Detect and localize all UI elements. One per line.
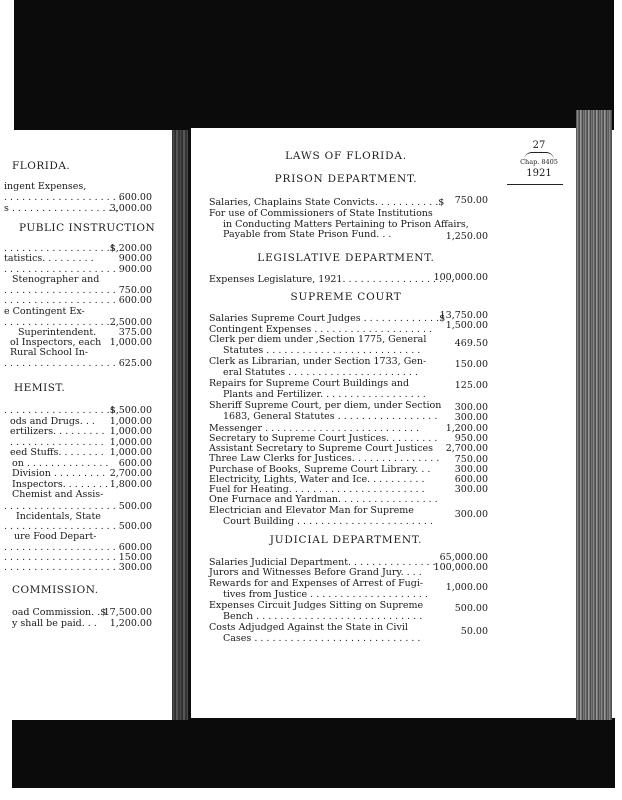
left-amount: 2,700.00: [110, 468, 152, 479]
line-item-text: Jurors and Witnesses Before Grand Jury. …: [209, 567, 422, 578]
left-line: Division . . . . . . . . .: [12, 468, 105, 479]
left-line: ure Food Depart-: [14, 531, 96, 542]
left-amount: 600.00: [119, 295, 152, 306]
left-line: . . . . . . . . . . . . . . . . . . .: [4, 358, 116, 369]
page-edge-stack: [576, 110, 612, 720]
left-line: tatistics. . . . . . . . .: [4, 253, 94, 264]
line-item-text: Expenses Circuit Judges Sitting on Supre…: [209, 600, 423, 611]
left-amount: 900.00: [119, 253, 152, 264]
left-section-heading: PUBLIC INSTRUCTION: [19, 222, 155, 234]
left-line: ingent Expenses,: [4, 181, 86, 192]
left-amount: 500.00: [119, 501, 152, 512]
page-number: 27: [509, 140, 569, 151]
line-item-text: Expenses Legislature, 1921. . . . . . . …: [209, 274, 454, 285]
left-line: Stenographer and: [12, 274, 99, 285]
left-amount: 900.00: [119, 264, 152, 275]
line-item-continuation: Bench . . . . . . . . . . . . . . . . . …: [209, 612, 484, 623]
right-page: LAWS OF FLORIDA. 27 Chap. 8405 1921 PRIS…: [191, 128, 576, 718]
line-item-text: Clerk per diem under ,Section 1775, Gene…: [209, 334, 426, 345]
line-item-continuation: in Conducting Matters Pertaining to Pris…: [209, 220, 484, 241]
left-line: s . . . . . . . . . . . . . . . . . .: [4, 203, 118, 214]
line-item-continuation: Plants and Fertilizer. . . . . . . . . .…: [209, 390, 484, 401]
line-item: For use of Commissioners of State Instit…: [209, 209, 484, 241]
line-item: Sheriff Supreme Court, per diem, under S…: [209, 401, 484, 422]
scan-background-bottom: [12, 718, 615, 788]
line-item-text: Rewards for and Expenses of Arrest of Fu…: [209, 578, 423, 589]
line-item: Repairs for Supreme Court Buildings and …: [209, 379, 484, 400]
left-amount: 625.00: [119, 358, 152, 369]
line-item-amount: 150.00: [455, 360, 488, 371]
line-item-text: Repairs for Supreme Court Buildings and: [209, 378, 409, 389]
line-item-amount: 300.00: [455, 510, 488, 521]
scan-background-top: [14, 0, 614, 130]
line-item: Clerk as Librarian, under Section 1733, …: [209, 357, 484, 378]
line-item-text: One Furnace and Yardman. . . . . . . . .…: [209, 494, 438, 505]
left-running-head: FLORIDA.: [12, 160, 70, 172]
section-title-prison: PRISON DEPARTMENT.: [191, 173, 501, 185]
line-item-amount: 100,000.00: [434, 563, 488, 574]
line-item-text: Electrician and Elevator Man for Supreme: [209, 505, 414, 516]
left-amount: 600.00: [119, 192, 152, 203]
line-item-continuation: 1683, General Statutes . . . . . . . . .…: [209, 412, 484, 423]
line-item-amount: 1,250.00: [446, 232, 488, 243]
line-item-amount: 300.00: [455, 413, 488, 424]
left-line: e Contingent Ex-: [4, 306, 85, 317]
brace-icon: [524, 152, 554, 160]
line-item: Clerk per diem under ,Section 1775, Gene…: [209, 335, 484, 356]
line-item: Electrician and Elevator Man for Supreme…: [209, 506, 484, 527]
line-item-amount: 50.00: [461, 627, 488, 638]
line-item-amount: 750.00: [455, 196, 488, 207]
line-item: Costs Adjudged Against the State in Civi…: [209, 623, 484, 644]
line-item-amount: 469.50: [455, 339, 488, 350]
year-label: 1921: [509, 168, 569, 179]
line-item-amount: 100,000.00: [434, 273, 488, 284]
left-line: ertilizers. . . . . . . . .: [10, 426, 104, 437]
line-item-text: Costs Adjudged Against the State in Civi…: [209, 622, 408, 633]
line-item-text: Three Law Clerks for Justices. . . . . .…: [209, 453, 439, 464]
line-item-continuation: Court Building . . . . . . . . . . . . .…: [209, 517, 484, 528]
left-line: . . . . . . . . . . . . . . . . . .$: [4, 405, 116, 416]
left-line: Chemist and Assis-: [12, 489, 103, 500]
left-section-heading: HEMIST.: [14, 382, 65, 394]
margin-note: 27 Chap. 8405 1921: [509, 140, 569, 179]
line-item-text: For use of Commissioners of State Instit…: [209, 208, 433, 219]
line-item-amount: 1,500.00: [446, 321, 488, 332]
line-item-amount: 2,700.00: [446, 444, 488, 455]
line-item-amount: 125.00: [455, 381, 488, 392]
line-item-continuation: Cases . . . . . . . . . . . . . . . . . …: [209, 634, 484, 645]
left-line: . . . . . . . . . . . . . . . . . . .: [4, 562, 116, 573]
running-head: LAWS OF FLORIDA.: [191, 150, 501, 162]
left-amount: 500.00: [119, 521, 152, 532]
left-amount: 1,000.00: [110, 426, 152, 437]
line-item-text: Clerk as Librarian, under Section 1733, …: [209, 356, 426, 367]
left-amount: 300.00: [119, 562, 152, 573]
line-item-amount: 1,000.00: [446, 583, 488, 594]
left-amount: 1,800.00: [110, 479, 152, 490]
left-amount: 1,200.00: [110, 618, 152, 629]
left-section-heading: COMMISSION.: [12, 584, 99, 596]
year-rule: [507, 184, 563, 185]
left-line: . . . . . . . . . . . . . . . . . . .: [4, 295, 116, 306]
left-amount: 1,500.00: [110, 405, 152, 416]
left-line: . . . . . . . . . . . . . . . . . . . .: [4, 192, 122, 203]
left-amount: 3,000.00: [110, 203, 152, 214]
line-item: Three Law Clerks for Justices. . . . . .…: [209, 454, 484, 465]
left-line: oad Commission. .$: [12, 607, 106, 618]
left-line: y shall be paid. . .: [12, 618, 97, 629]
line-item: Expenses Circuit Judges Sitting on Supre…: [209, 601, 484, 622]
left-amount: 17,500.00: [104, 607, 152, 618]
line-item-amount: 500.00: [455, 604, 488, 615]
left-amount: 1,000.00: [110, 447, 152, 458]
line-item-continuation: Statutes . . . . . . . . . . . . . . . .…: [209, 346, 484, 357]
line-item: Rewards for and Expenses of Arrest of Fu…: [209, 579, 484, 600]
line-item-continuation: eral Statutes . . . . . . . . . . . . . …: [209, 368, 484, 379]
line-item: One Furnace and Yardman. . . . . . . . .…: [209, 495, 484, 506]
line-item-text: Sheriff Supreme Court, per diem, under S…: [209, 400, 441, 411]
line-item-amount: 300.00: [455, 485, 488, 496]
section-title-judicial: JUDICIAL DEPARTMENT.: [191, 534, 501, 546]
line-item: Salaries, Chaplains State Convicts. . . …: [209, 198, 484, 209]
line-item-text: Salaries Supreme Court Judges . . . . . …: [209, 313, 445, 324]
left-line: eed Stuffs. . . . . . . .: [10, 447, 104, 458]
line-item-text: Salaries, Chaplains State Convicts. . . …: [209, 197, 444, 208]
left-line: Rural School In-: [10, 347, 88, 358]
left-amount: 1,000.00: [110, 337, 152, 348]
section-title-legislative: LEGISLATIVE DEPARTMENT.: [191, 252, 501, 264]
left-page: FLORIDA. ingent Expenses, . . . . . . . …: [0, 130, 172, 720]
line-item-continuation: tives from Justice . . . . . . . . . . .…: [209, 590, 484, 601]
section-title-supreme-court: SUPREME COURT: [191, 291, 501, 303]
